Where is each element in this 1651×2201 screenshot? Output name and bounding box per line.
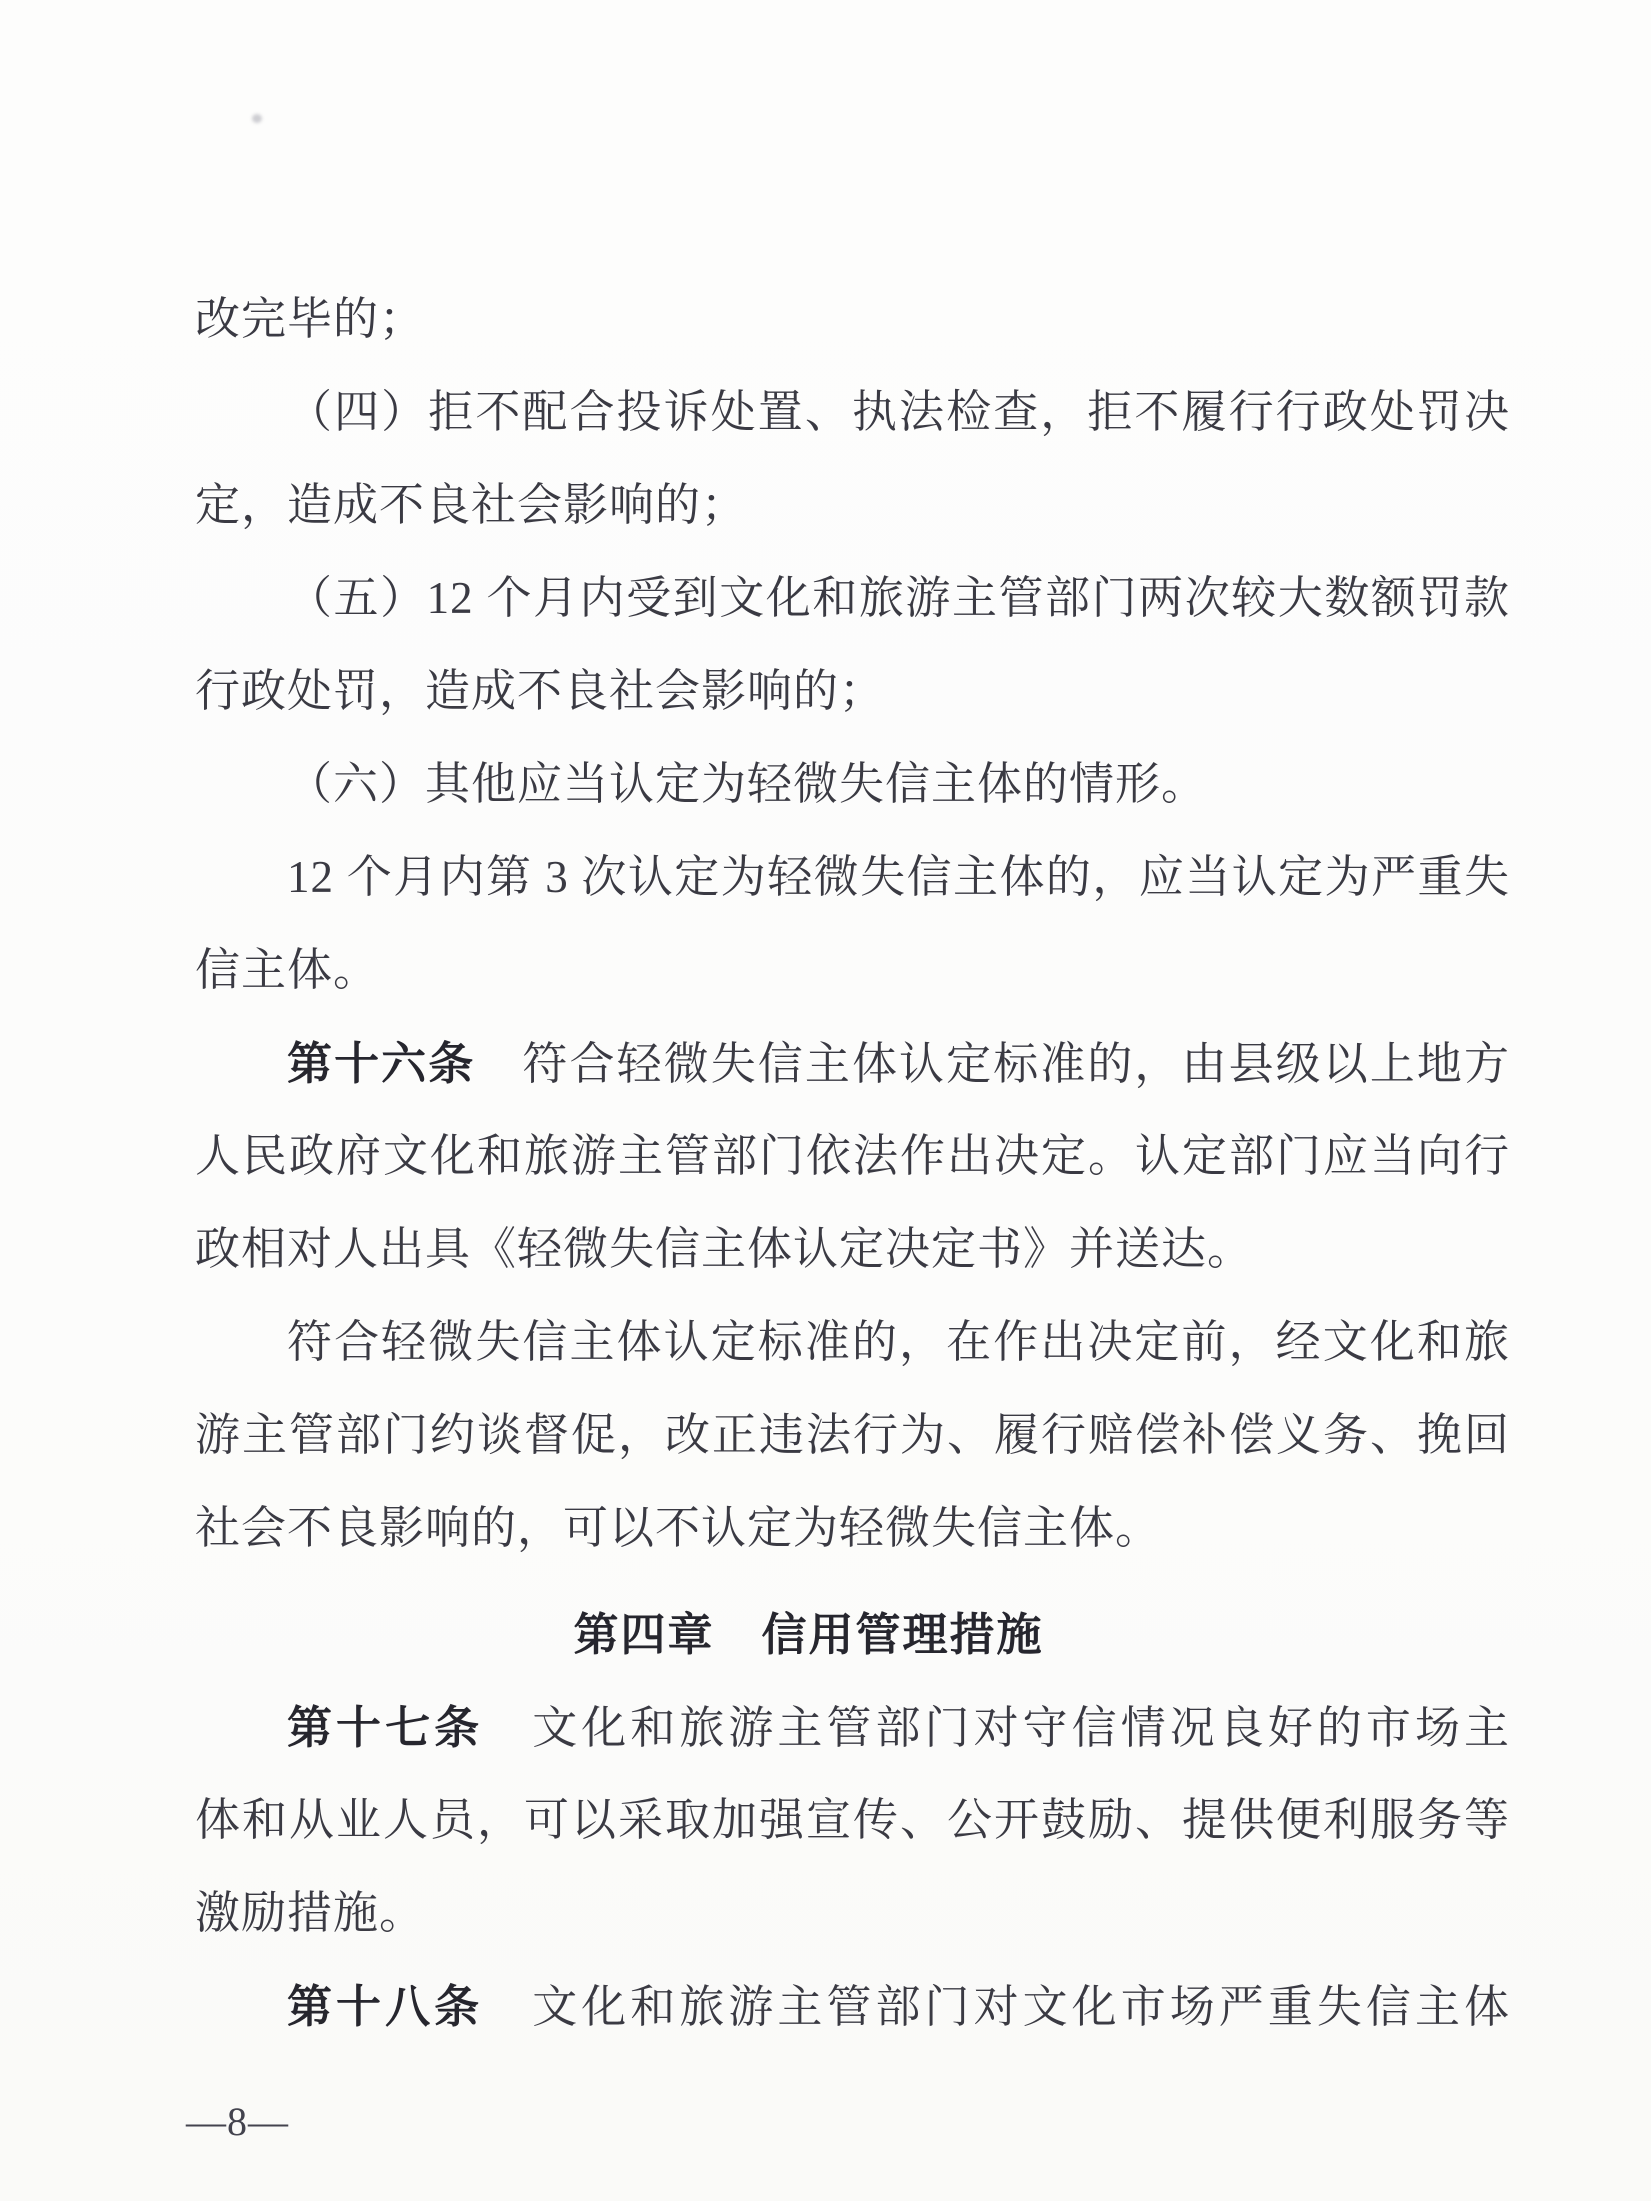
text-line: 定，造成不良社会影响的； [195,459,1510,552]
text-line: 社会不良影响的，可以不认定为轻微失信主体。 [195,1482,1510,1575]
article-number: 第十八条 [287,1981,483,2032]
text-line: 第十八条 文化和旅游主管部门对文化市场严重失信主体 [195,1960,1510,2053]
page-number: —8— [186,2098,289,2146]
text-line: 信主体。 [195,924,1510,1017]
text-line: 体和从业人员，可以采取加强宣传、公开鼓励、提供便利服务等 [195,1774,1510,1867]
text-line: 激励措施。 [195,1867,1510,1960]
text-line: 游主管部门约谈督促，改正违法行为、履行赔偿补偿义务、挽回 [195,1389,1510,1482]
text-lines: 改完毕的；（四）拒不配合投诉处置、执法检查，拒不履行行政处罚决定，造成不良社会影… [195,273,1510,2053]
text-line: 第十七条 文化和旅游主管部门对守信情况良好的市场主 [195,1681,1510,1774]
scan-speck [252,114,262,123]
text-line: （四）拒不配合投诉处置、执法检查，拒不履行行政处罚决 [195,366,1510,459]
article-number: 第十六条 [287,1038,475,1089]
chapter-heading: 第四章 信用管理措施 [151,1588,1466,1681]
text-line: 第十六条 符合轻微失信主体认定标准的，由县级以上地方 [195,1017,1510,1110]
article-number: 第十七条 [287,1702,483,1753]
text-line: （六）其他应当认定为轻微失信主体的情形。 [195,738,1510,831]
text-line: （五）12 个月内受到文化和旅游主管部门两次较大数额罚款 [195,552,1510,645]
text-line: 12 个月内第 3 次认定为轻微失信主体的，应当认定为严重失 [195,831,1510,924]
text-line: 行政处罚，造成不良社会影响的； [195,645,1510,738]
text-line: 符合轻微失信主体认定标准的，在作出决定前，经文化和旅 [195,1296,1510,1389]
text-line: 改完毕的； [195,273,1510,366]
scanned-document-page: 改完毕的；（四）拒不配合投诉处置、执法检查，拒不履行行政处罚决定，造成不良社会影… [0,0,1651,2201]
text-line: 政相对人出具《轻微失信主体认定决定书》并送达。 [195,1203,1510,1296]
text-line: 人民政府文化和旅游主管部门依法作出决定。认定部门应当向行 [195,1110,1510,1203]
